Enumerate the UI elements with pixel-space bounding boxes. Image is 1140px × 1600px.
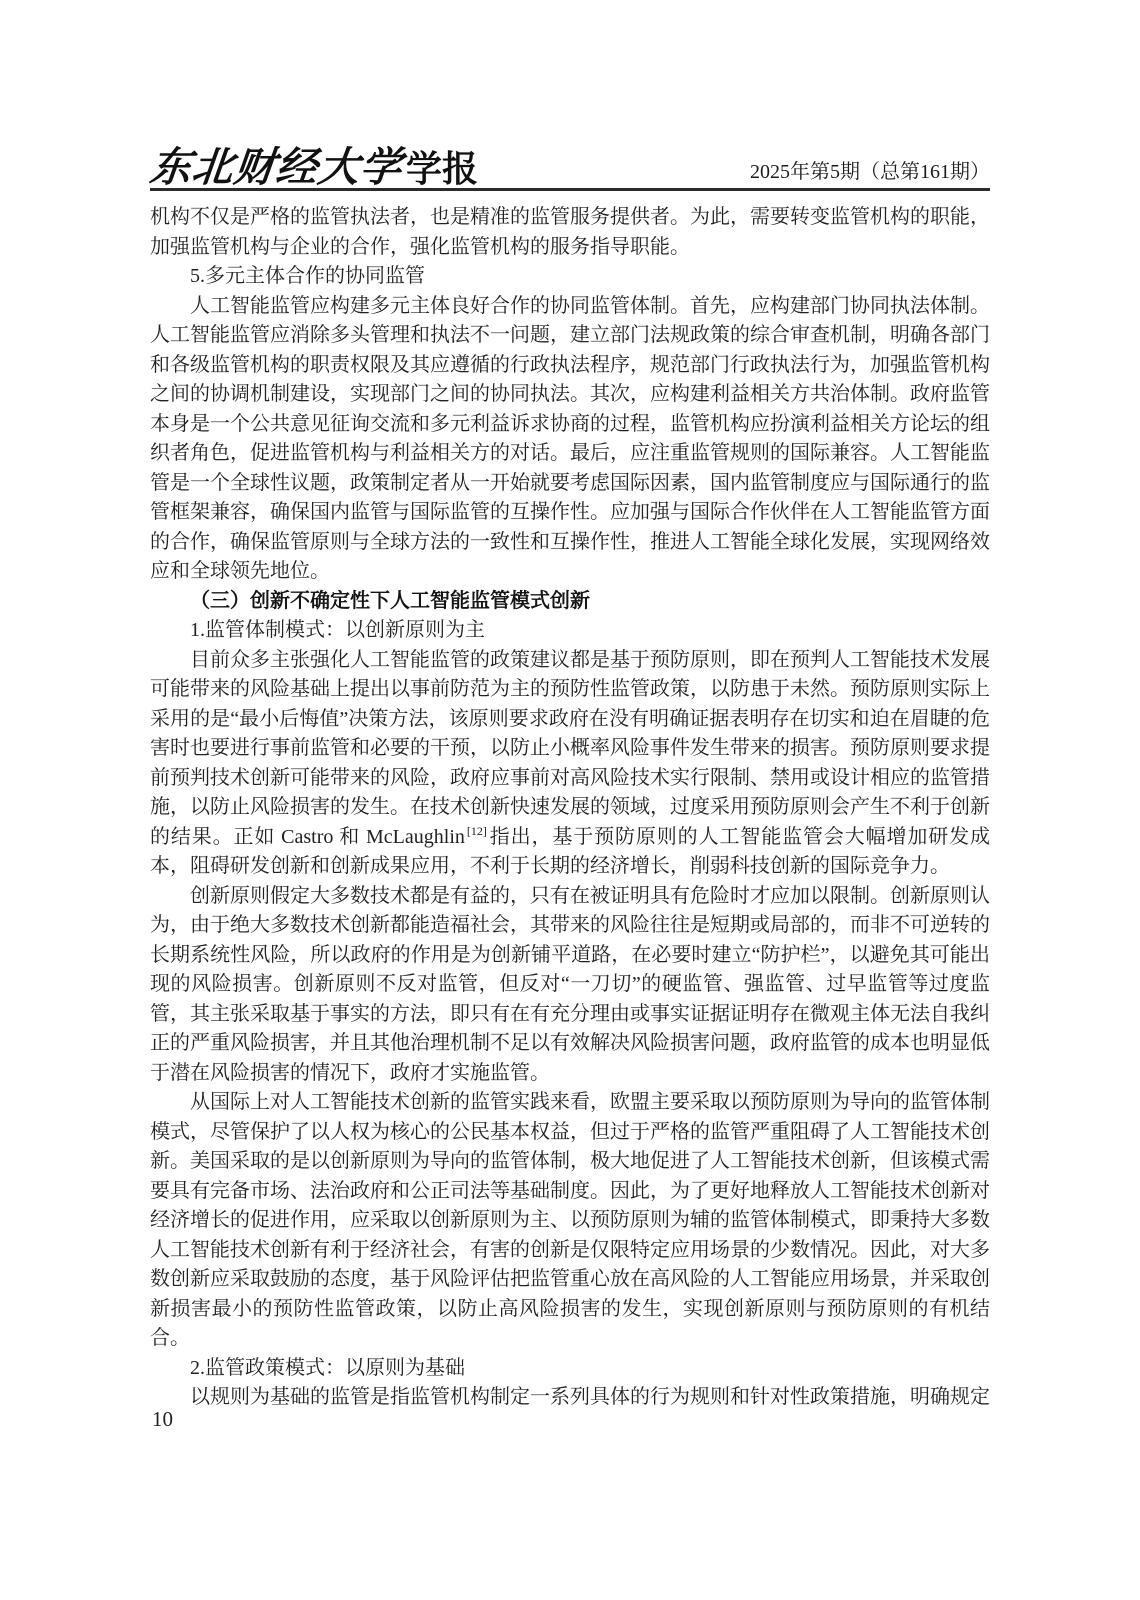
page-number: 10 <box>152 1407 173 1432</box>
journal-logo: 东北财经大学学报 <box>150 147 478 188</box>
journal-logo-calligraphy: 东北财经大学 <box>148 147 404 188</box>
paragraph-collaborative-regulation: 人工智能监管应构建多元主体良好合作的协同监管体制。首先，应构建部门协同执法体制。… <box>150 292 990 587</box>
subsection-heading-1-regime-model: 1.监管体制模式：以创新原则为主 <box>150 616 990 646</box>
citation-ref-12: [12] <box>467 824 487 838</box>
paragraph-innovation-principle: 创新原则假定大多数技术都是有益的，只有在被证明具有危险时才应加以限制。创新原则认… <box>150 882 990 1089</box>
header-divider <box>150 188 990 191</box>
journal-page: 东北财经大学学报 2025年第5期（总第161期） 机构不仅是严格的监管执法者，… <box>0 0 1140 1600</box>
subsection-heading-5-collaborative: 5.多元主体合作的协同监管 <box>150 262 990 292</box>
journal-logo-suffix: 学报 <box>406 149 478 189</box>
paragraph-international-practice: 从国际上对人工智能技术创新的监管实践来看，欧盟主要采取以预防原则为导向的监管体制… <box>150 1088 990 1354</box>
issue-info: 2025年第5期（总第161期） <box>750 155 990 188</box>
subsection-heading-2-policy-model: 2.监管政策模式：以原则为基础 <box>150 1354 990 1384</box>
paragraph-text-before-citation: 目前众多主张强化人工智能监管的政策建议都是基于预防原则，即在预判人工智能技术发展… <box>150 649 990 848</box>
article-body: 机构不仅是严格的监管执法者，也是精准的监管服务提供者。为此，需要转变监管机构的职… <box>150 203 990 1413</box>
page-header: 东北财经大学学报 2025年第5期（总第161期） <box>150 138 990 188</box>
paragraph-continuation: 机构不仅是严格的监管执法者，也是精准的监管服务提供者。为此，需要转变监管机构的职… <box>150 203 990 262</box>
paragraph-rules-based-regulation: 以规则为基础的监管是指监管机构制定一系列具体的行为规则和针对性政策措施，明确规定 <box>150 1383 990 1413</box>
paragraph-precautionary-principle: 目前众多主张强化人工智能监管的政策建议都是基于预防原则，即在预判人工智能技术发展… <box>150 646 990 882</box>
section-heading-3-innovation-uncertainty: （三）创新不确定性下人工智能监管模式创新 <box>150 587 990 617</box>
